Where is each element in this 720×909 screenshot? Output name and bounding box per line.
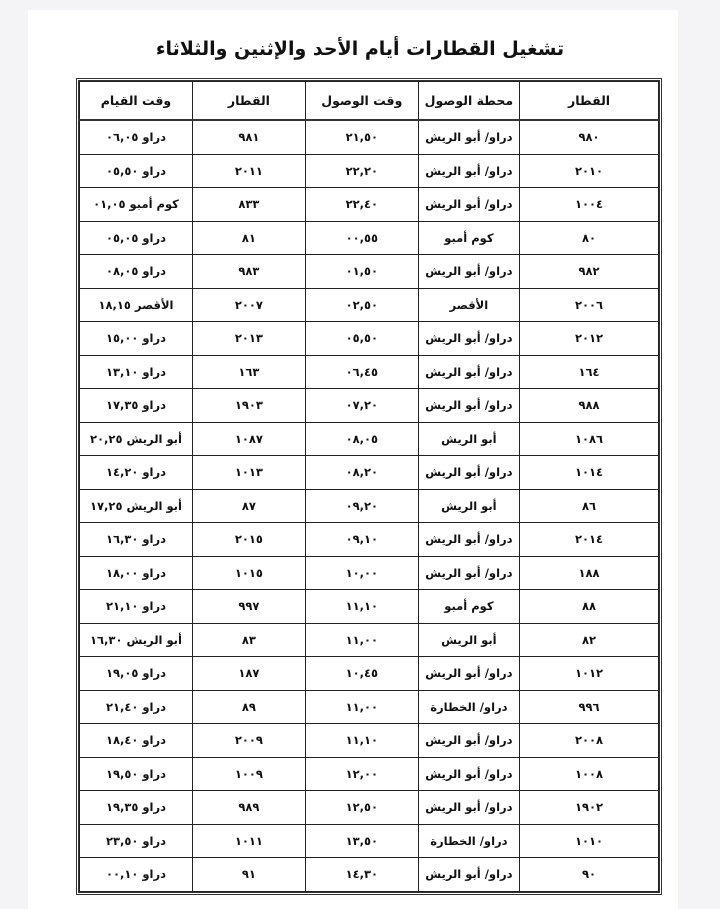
train-number-cell: ٢٠٠٨ <box>520 724 659 758</box>
return-train-number-cell: ١٠٠٩ <box>192 757 305 791</box>
departure-time-cell: الأقصر ١٨,١٥ <box>80 288 193 322</box>
return-train-number-cell: ٨١ <box>192 221 305 255</box>
arrival-station-cell: كوم أمبو <box>418 221 519 255</box>
train-number-cell: ١٠١٤ <box>520 456 659 490</box>
train-number-cell: ٩٨٨ <box>520 389 659 423</box>
header-departure-time: وقت القيام <box>80 82 193 121</box>
table-row: ٨٢أبو الريش١١,٠٠٨٣أبو الريش ١٦,٣٠ <box>80 623 659 657</box>
train-number-cell: ٨٢ <box>520 623 659 657</box>
arrival-time-cell: ١٣,٥٠ <box>305 824 418 858</box>
departure-time-cell: دراو ١٩,٥٠ <box>80 757 193 791</box>
return-train-number-cell: ٢٠١١ <box>192 154 305 188</box>
return-train-number-cell: ٨٧ <box>192 489 305 523</box>
arrival-time-cell: ٠٥,٥٠ <box>305 322 418 356</box>
arrival-station-cell: دراو/ الخطارة <box>418 824 519 858</box>
table-row: ١٠٠٨دراو/ أبو الريش١٢,٠٠١٠٠٩دراو ١٩,٥٠ <box>80 757 659 791</box>
departure-time-cell: دراو ٠٥,٥٠ <box>80 154 193 188</box>
arrival-station-cell: دراو/ أبو الريش <box>418 154 519 188</box>
train-number-cell: ١٦٤ <box>520 355 659 389</box>
return-train-number-cell: ١٠١٥ <box>192 556 305 590</box>
return-train-number-cell: ٢٠٠٧ <box>192 288 305 322</box>
return-train-number-cell: ١٠٨٧ <box>192 422 305 456</box>
return-train-number-cell: ١٠١١ <box>192 824 305 858</box>
train-number-cell: ١٠١٢ <box>520 657 659 691</box>
departure-time-cell: أبو الريش ١٧,٢٥ <box>80 489 193 523</box>
return-train-number-cell: ١٩٠٣ <box>192 389 305 423</box>
arrival-time-cell: ٠٦,٤٥ <box>305 355 418 389</box>
departure-time-cell: دراو ١٨,٠٠ <box>80 556 193 590</box>
train-number-cell: ١٠٠٤ <box>520 188 659 222</box>
departure-time-cell: دراو ١٦,٣٠ <box>80 523 193 557</box>
arrival-time-cell: ١١,١٠ <box>305 724 418 758</box>
departure-time-cell: كوم أمبو ٠١,٠٥ <box>80 188 193 222</box>
arrival-station-cell: دراو/ أبو الريش <box>418 556 519 590</box>
return-train-number-cell: ١٨٧ <box>192 657 305 691</box>
departure-time-cell: دراو ٠٨,٠٥ <box>80 255 193 289</box>
departure-time-cell: دراو ١٧,٣٥ <box>80 389 193 423</box>
arrival-station-cell: دراو/ أبو الريش <box>418 255 519 289</box>
departure-time-cell: دراو ١٣,١٠ <box>80 355 193 389</box>
table-row: ٩٩٦دراو/ الخطارة١١,٠٠٨٩دراو ٢١,٤٠ <box>80 690 659 724</box>
train-schedule-table: القطار محطة الوصول وقت الوصول القطار وقت… <box>79 81 659 892</box>
return-train-number-cell: ٨٣ <box>192 623 305 657</box>
departure-time-cell: أبو الريش ٢٠,٢٥ <box>80 422 193 456</box>
train-number-cell: ٢٠١٤ <box>520 523 659 557</box>
return-train-number-cell: ٩٨٣ <box>192 255 305 289</box>
train-number-cell: ٩٩٦ <box>520 690 659 724</box>
arrival-station-cell: دراو/ أبو الريش <box>418 523 519 557</box>
arrival-time-cell: ١١,٠٠ <box>305 623 418 657</box>
table-row: ٩٨٨دراو/ أبو الريش٠٧,٢٠١٩٠٣دراو ١٧,٣٥ <box>80 389 659 423</box>
table-row: ١٨٨دراو/ أبو الريش١٠,٠٠١٠١٥دراو ١٨,٠٠ <box>80 556 659 590</box>
table-row: ٩٨٠دراو/ أبو الريش٢١,٥٠٩٨١دراو ٠٦,٠٥ <box>80 120 659 154</box>
return-train-number-cell: ٢٠٠٩ <box>192 724 305 758</box>
table-row: ١٦٤دراو/ أبو الريش٠٦,٤٥١٦٣دراو ١٣,١٠ <box>80 355 659 389</box>
table-row: ٢٠١٠دراو/ أبو الريش٢٢,٢٠٢٠١١دراو ٠٥,٥٠ <box>80 154 659 188</box>
arrival-station-cell: كوم أمبو <box>418 590 519 624</box>
table-row: ٢٠٠٦الأقصر٠٢,٥٠٢٠٠٧الأقصر ١٨,١٥ <box>80 288 659 322</box>
table-row: ١٠١٤دراو/ أبو الريش٠٨,٢٠١٠١٣دراو ١٤,٢٠ <box>80 456 659 490</box>
departure-time-cell: دراو ٢٣,٥٠ <box>80 824 193 858</box>
arrival-time-cell: ٠٩,٢٠ <box>305 489 418 523</box>
return-train-number-cell: ٢٠١٥ <box>192 523 305 557</box>
table-row: ١٠٨٦أبو الريش٠٨,٠٥١٠٨٧أبو الريش ٢٠,٢٥ <box>80 422 659 456</box>
table-row: ٢٠١٤دراو/ أبو الريش٠٩,١٠٢٠١٥دراو ١٦,٣٠ <box>80 523 659 557</box>
arrival-station-cell: دراو/ أبو الريش <box>418 355 519 389</box>
departure-time-cell: دراو ٠٦,٠٥ <box>80 120 193 154</box>
arrival-station-cell: أبو الريش <box>418 422 519 456</box>
arrival-station-cell: دراو/ أبو الريش <box>418 188 519 222</box>
schedule-table-frame: القطار محطة الوصول وقت الوصول القطار وقت… <box>76 78 662 895</box>
train-number-cell: ٩٠ <box>520 858 659 892</box>
arrival-station-cell: أبو الريش <box>418 623 519 657</box>
return-train-number-cell: ١٦٣ <box>192 355 305 389</box>
arrival-time-cell: ١١,٠٠ <box>305 690 418 724</box>
return-train-number-cell: ٩١ <box>192 858 305 892</box>
train-number-cell: ٨٨ <box>520 590 659 624</box>
header-return-train: القطار <box>192 82 305 121</box>
table-row: ١٩٠٢دراو/ أبو الريش١٢,٥٠٩٨٩دراو ١٩,٣٥ <box>80 791 659 825</box>
departure-time-cell: أبو الريش ١٦,٣٠ <box>80 623 193 657</box>
train-number-cell: ٨٠ <box>520 221 659 255</box>
train-number-cell: ١٠٠٨ <box>520 757 659 791</box>
departure-time-cell: دراو ١٥,٠٠ <box>80 322 193 356</box>
arrival-station-cell: دراو/ أبو الريش <box>418 657 519 691</box>
arrival-time-cell: ٠٢,٥٠ <box>305 288 418 322</box>
table-header-row: القطار محطة الوصول وقت الوصول القطار وقت… <box>80 82 659 121</box>
header-arrival-station: محطة الوصول <box>418 82 519 121</box>
return-train-number-cell: ٨٣٣ <box>192 188 305 222</box>
arrival-station-cell: دراو/ أبو الريش <box>418 120 519 154</box>
header-arrival-time: وقت الوصول <box>305 82 418 121</box>
table-row: ٨٨كوم أمبو١١,١٠٩٩٧دراو ٢١,١٠ <box>80 590 659 624</box>
departure-time-cell: دراو ٢١,٤٠ <box>80 690 193 724</box>
departure-time-cell: دراو ١٩,٣٥ <box>80 791 193 825</box>
arrival-time-cell: ٠٧,٢٠ <box>305 389 418 423</box>
arrival-station-cell: دراو/ أبو الريش <box>418 791 519 825</box>
arrival-station-cell: دراو/ أبو الريش <box>418 322 519 356</box>
arrival-station-cell: دراو/ الخطارة <box>418 690 519 724</box>
table-row: ١٠١٢دراو/ أبو الريش١٠,٤٥١٨٧دراو ١٩,٠٥ <box>80 657 659 691</box>
return-train-number-cell: ٩٩٧ <box>192 590 305 624</box>
arrival-station-cell: دراو/ أبو الريش <box>418 389 519 423</box>
arrival-time-cell: ٠٠,٥٥ <box>305 221 418 255</box>
arrival-time-cell: ١٢,٥٠ <box>305 791 418 825</box>
arrival-time-cell: ٠١,٥٠ <box>305 255 418 289</box>
table-row: ٩٠دراو/ أبو الريش١٤,٣٠٩١دراو ٠٠,١٠ <box>80 858 659 892</box>
train-number-cell: ١٨٨ <box>520 556 659 590</box>
departure-time-cell: دراو ٠٠,١٠ <box>80 858 193 892</box>
train-number-cell: ١٠١٠ <box>520 824 659 858</box>
arrival-time-cell: ١٢,٠٠ <box>305 757 418 791</box>
table-row: ٨٦أبو الريش٠٩,٢٠٨٧أبو الريش ١٧,٢٥ <box>80 489 659 523</box>
return-train-number-cell: ٢٠١٣ <box>192 322 305 356</box>
train-number-cell: ٨٦ <box>520 489 659 523</box>
arrival-time-cell: ١١,١٠ <box>305 590 418 624</box>
header-train: القطار <box>520 82 659 121</box>
departure-time-cell: دراو ١٤,٢٠ <box>80 456 193 490</box>
table-row: ١٠٠٤دراو/ أبو الريش٢٢,٤٠٨٣٣كوم أمبو ٠١,٠… <box>80 188 659 222</box>
arrival-time-cell: ٢٢,٢٠ <box>305 154 418 188</box>
departure-time-cell: دراو ٢١,١٠ <box>80 590 193 624</box>
arrival-station-cell: دراو/ أبو الريش <box>418 456 519 490</box>
train-number-cell: ٩٨٢ <box>520 255 659 289</box>
table-row: ٩٨٢دراو/ أبو الريش٠١,٥٠٩٨٣دراو ٠٨,٠٥ <box>80 255 659 289</box>
arrival-station-cell: الأقصر <box>418 288 519 322</box>
return-train-number-cell: ٩٨٩ <box>192 791 305 825</box>
arrival-time-cell: ٢١,٥٠ <box>305 120 418 154</box>
train-number-cell: ٢٠١٢ <box>520 322 659 356</box>
table-row: ٨٠كوم أمبو٠٠,٥٥٨١دراو ٠٥,٠٥ <box>80 221 659 255</box>
departure-time-cell: دراو ١٨,٤٠ <box>80 724 193 758</box>
train-number-cell: ٢٠٠٦ <box>520 288 659 322</box>
arrival-time-cell: ٠٩,١٠ <box>305 523 418 557</box>
train-number-cell: ١٠٨٦ <box>520 422 659 456</box>
return-train-number-cell: ٩٨١ <box>192 120 305 154</box>
arrival-station-cell: دراو/ أبو الريش <box>418 858 519 892</box>
train-number-cell: ١٩٠٢ <box>520 791 659 825</box>
arrival-time-cell: ٢٢,٤٠ <box>305 188 418 222</box>
table-row: ٢٠٠٨دراو/ أبو الريش١١,١٠٢٠٠٩دراو ١٨,٤٠ <box>80 724 659 758</box>
departure-time-cell: دراو ١٩,٠٥ <box>80 657 193 691</box>
train-number-cell: ٩٨٠ <box>520 120 659 154</box>
train-number-cell: ٢٠١٠ <box>520 154 659 188</box>
arrival-station-cell: دراو/ أبو الريش <box>418 757 519 791</box>
arrival-time-cell: ٠٨,٠٥ <box>305 422 418 456</box>
table-body: ٩٨٠دراو/ أبو الريش٢١,٥٠٩٨١دراو ٠٦,٠٥٢٠١٠… <box>80 120 659 891</box>
arrival-station-cell: أبو الريش <box>418 489 519 523</box>
return-train-number-cell: ٨٩ <box>192 690 305 724</box>
arrival-time-cell: ١٠,٤٥ <box>305 657 418 691</box>
arrival-time-cell: ١٤,٣٠ <box>305 858 418 892</box>
table-row: ٢٠١٢دراو/ أبو الريش٠٥,٥٠٢٠١٣دراو ١٥,٠٠ <box>80 322 659 356</box>
arrival-time-cell: ١٠,٠٠ <box>305 556 418 590</box>
table-row: ١٠١٠دراو/ الخطارة١٣,٥٠١٠١١دراو ٢٣,٥٠ <box>80 824 659 858</box>
arrival-station-cell: دراو/ أبو الريش <box>418 724 519 758</box>
page-title: تشغيل القطارات أيام الأحد والإثنين والثل… <box>0 38 720 60</box>
arrival-time-cell: ٠٨,٢٠ <box>305 456 418 490</box>
departure-time-cell: دراو ٠٥,٠٥ <box>80 221 193 255</box>
return-train-number-cell: ١٠١٣ <box>192 456 305 490</box>
